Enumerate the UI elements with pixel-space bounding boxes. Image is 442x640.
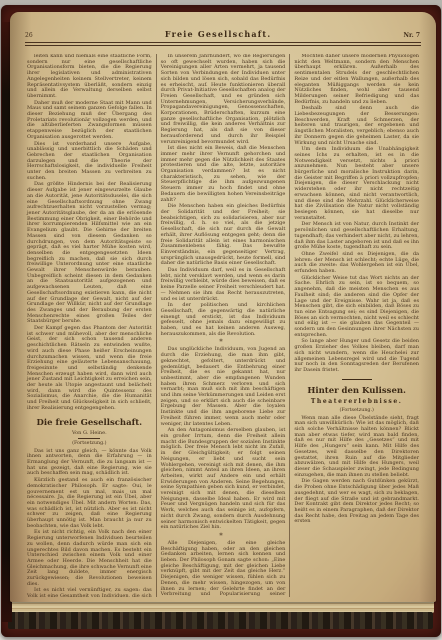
paragraph: An den Antagonismus derselben glauben, i… (161, 428, 286, 531)
paragraph: Daher muß der moderne Staat mit Mann und… (27, 101, 152, 141)
paragraph: Alle Diejenigen, die eine gleiche Beschä… (161, 541, 286, 597)
page-number: 26 (25, 32, 33, 39)
column-left: leiten kann und niemals eine staatliche … (23, 54, 156, 597)
continuation-note: (Fortsetzung.) (294, 408, 419, 413)
scanned-book-photo: 26 Freie Gesellschaft. Nr. 7 leiten kann… (0, 0, 442, 640)
book-fore-edge (8, 612, 433, 629)
article-separator-rule (342, 379, 372, 380)
text-columns: leiten kann und niemals eine staatliche … (23, 54, 423, 597)
paragraph: Ohne Zweifel sind es Diejenigen, die da … (294, 252, 419, 275)
paragraph: Kürzlich gestand es auch ein französisch… (27, 478, 152, 529)
paragraph: Wenn man alle diese Übelstände sieht, fr… (294, 416, 419, 479)
paragraph: Deshalb sind denn auch die Liebesbezeugu… (294, 106, 419, 146)
paragraph: Das unglückliche Individuum, von Jugend … (161, 347, 286, 427)
paragraph: Das Individuum darf, weil es in Gesellsc… (161, 268, 286, 302)
paragraph: Der Mensch ist von Natur, durch Instinkt… (294, 222, 419, 251)
paragraph: Die Menschen haben ein gleiches Bedürfni… (161, 204, 286, 267)
byline-rule (78, 438, 100, 439)
paragraph: Der Kampf gegen das Phantom der Autoritä… (27, 326, 152, 412)
article-title: Hinter den Kulissen. (294, 386, 419, 396)
paragraph: Das ist uns ganz gleich, — könnte das Vo… (27, 449, 152, 478)
newspaper-page: 26 Freie Gesellschaft. Nr. 7 leiten kann… (10, 12, 436, 602)
paragraph: leiten kann und niemals eine staatliche … (27, 54, 152, 100)
paragraph: Das größte Hindernis bei der Realisierun… (27, 182, 152, 325)
paragraph: In unserem Jahrhundert, wo die Regierung… (161, 54, 286, 145)
paragraph: Glücklicher Weise tut das Wort nichts an… (294, 276, 419, 339)
page-header: 26 Freie Gesellschaft. Nr. 7 (10, 12, 436, 39)
paragraph: So lange aber Hunger und Gesetz die beid… (294, 339, 419, 373)
column-middle: In unserem Jahrhundert, wo die Regierung… (156, 54, 291, 597)
paragraph: Die Gagen werden nach Gutdünken gekürzt,… (294, 479, 419, 525)
paragraph: In der politischen und kirchlichen Gesel… (161, 303, 286, 337)
paragraph: Möchten daher unsere modernen Physiologe… (294, 54, 419, 105)
paragraph: Um dem Individuum die Unabhängigkeit sei… (294, 147, 419, 221)
paragraph: Es ist nicht richtig, ein Volk nach den … (27, 530, 152, 587)
article-title: Die freie Gesellschaft. (27, 418, 152, 428)
column-right: Möchten daher unsere modernen Physiologe… (290, 54, 423, 597)
paragraph: Ist es nicht viel vernünftiger, zu sagen… (27, 588, 152, 597)
article-byline: Von G. Heine. (27, 430, 152, 436)
continuation-note: (Fortsetzung.) (27, 441, 152, 446)
paragraph: Ist dies nicht ein Beweis, daß die Mensc… (161, 146, 286, 203)
masthead-title: Freie Gesellschaft. (33, 29, 404, 39)
paragraph: Dies ist vorderhand unsere Aufgabe, unab… (27, 142, 152, 182)
article-subtitle: Theatererlebnisse. (294, 398, 419, 405)
issue-number: Nr. 7 (404, 32, 420, 39)
header-rule (25, 42, 421, 46)
